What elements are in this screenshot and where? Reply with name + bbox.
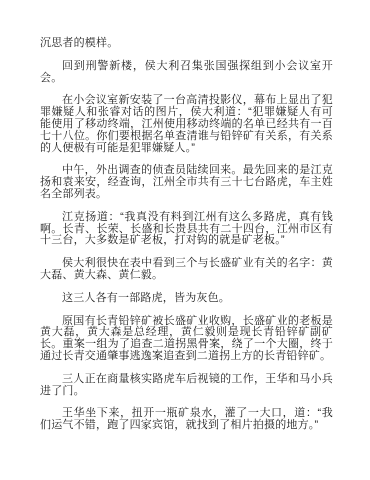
reader-page: 沉思者的模样。回到刑警新楼，侯大利召集张国强探组到小会议室开会。在小会议室新安装… (0, 0, 370, 480)
text-content: 沉思者的模样。回到刑警新楼，侯大利召集张国强探组到小会议室开会。在小会议室新安装… (40, 38, 333, 432)
paragraph: 侯大利很快在表中看到三个与长盛矿业有关的名字：黄大磊、黄大森、黄仁毅。 (40, 258, 333, 282)
paragraph: 王华坐下来，扭开一瓶矿泉水，灌了一大口，道：“我们运气不错，跑了四家宾馆，就找到… (40, 408, 333, 432)
paragraph: 回到刑警新楼，侯大利召集张国强探组到小会议室开会。 (40, 61, 333, 85)
paragraph: 原国有长青铅锌矿被长盛矿业收购，长盛矿业的老板是黄大磊，黄大森是总经理，黄仁毅则… (40, 316, 333, 363)
paragraph: 在小会议室新安装了一台高清投影仪，幕布上显出了犯罪嫌疑人和张睿对话的图片，侯大利… (40, 95, 333, 154)
paragraph: 江克扬道：“我真没有料到江州有这么多路虎，真有钱啊。长青、长荣、长盛和长贵县共有… (40, 212, 333, 247)
paragraph: 中午，外出调查的侦查员陆续回来。最先回来的是江克扬和袁来安，经查询，江州全市共有… (40, 165, 333, 200)
paragraph: 三人正在商量核实路虎车后视镜的工作，王华和马小兵进了门。 (40, 374, 333, 398)
paragraph: 这三人各有一部路虎，皆为灰色。 (40, 293, 333, 305)
paragraph: 沉思者的模样。 (40, 38, 333, 50)
